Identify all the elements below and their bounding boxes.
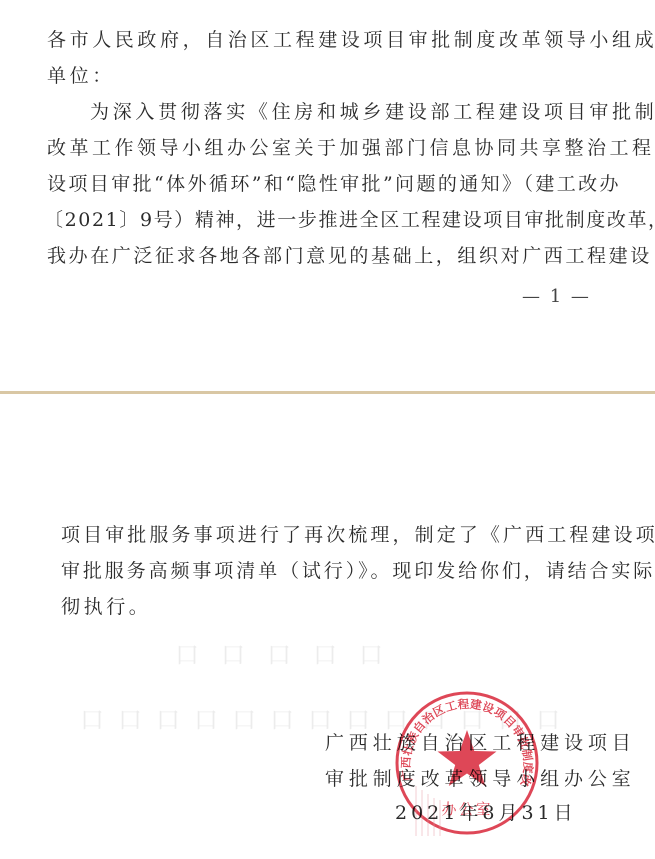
signature-date: 2021年8月31日 bbox=[395, 801, 577, 825]
body-line-7: 审批服务高频事项清单（试行）》。现印发给你们，请结合实际贯 bbox=[61, 559, 655, 583]
bleed-through-text: 口口口口口 bbox=[175, 635, 405, 670]
signature-org-line-2: 审批制度改革领导小组办公室 bbox=[325, 767, 636, 791]
salutation-line-2: 单位： bbox=[47, 64, 115, 88]
signature-org-line-1: 广西壮族自治区工程建设项目 bbox=[325, 731, 636, 755]
document-page-1: 各市人民政府，自治区工程建设项目审批制度改革领导小组成员 单位： 为深入贯彻落实… bbox=[0, 0, 655, 392]
body-line-6: 项目审批服务事项进行了再次梳理，制定了《广西工程建设项目 bbox=[61, 523, 655, 547]
body-line-3: 设项目审批“体外循环”和“隐性审批”问题的通知》（建工改办 bbox=[47, 172, 621, 196]
salutation-line-1: 各市人民政府，自治区工程建设项目审批制度改革领导小组成员 bbox=[47, 28, 655, 52]
page-number: — 1 — bbox=[522, 286, 591, 308]
body-line-1: 为深入贯彻落实《住房和城乡建设部工程建设项目审批制度 bbox=[90, 100, 655, 124]
body-line-4: 〔2021〕9号）精神，进一步推进全区工程建设项目审批制度改革， bbox=[44, 208, 655, 232]
body-line-5: 我办在广泛征求各地各部门意见的基础上，组织对广西工程建设 bbox=[47, 244, 652, 268]
page-divider bbox=[0, 391, 655, 394]
body-line-2: 改革工作领导小组办公室关于加强部门信息协同共享整治工程建 bbox=[47, 136, 655, 160]
body-line-8: 彻执行。 bbox=[61, 595, 151, 619]
